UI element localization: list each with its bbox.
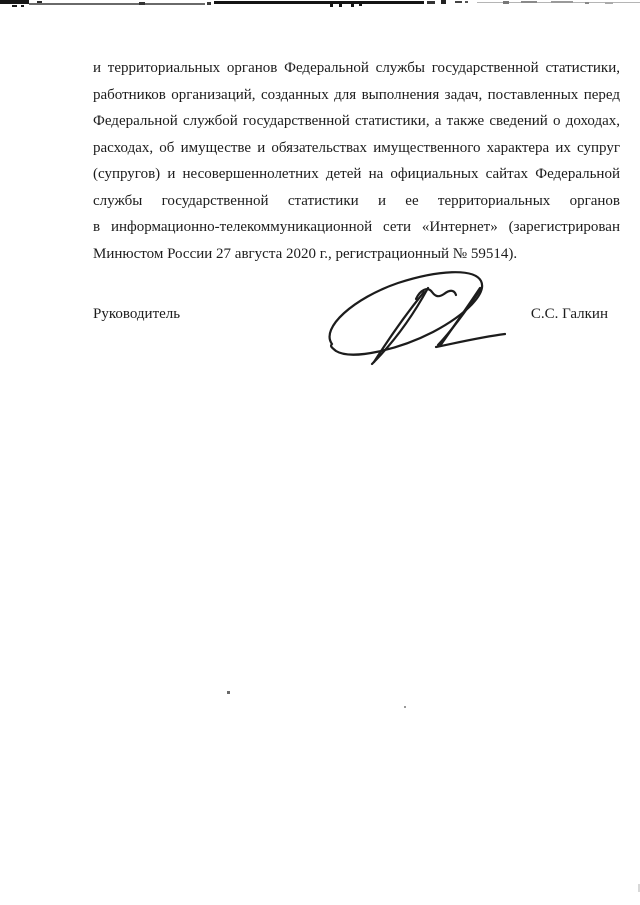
scan-noise-mark [551,1,573,3]
document-page: и территориальных органов Федеральной сл… [0,0,640,905]
scan-noise-mark [339,4,342,7]
body-paragraph: и территориальных органов Федеральной сл… [93,55,620,267]
scan-noise-mark [521,1,537,3]
scan-noise-mark [441,0,446,4]
scan-noise-mark [21,5,24,7]
scan-noise-mark [585,2,589,4]
scan-noise-line [214,1,424,4]
scan-noise-mark [207,2,211,5]
scan-noise-mark [503,1,509,4]
scan-noise-mark [2,0,6,2]
paragraph-line: Федеральной службой государственной стат… [93,108,620,135]
paragraph-line: в информационно-телекоммуникационной сет… [93,214,620,241]
scan-noise-strip [0,0,640,8]
scan-noise-mark [330,4,333,7]
paragraph-line: Минюстом России 27 августа 2020 г., реги… [93,241,620,268]
scan-speck [404,706,406,708]
scan-noise-mark [351,4,354,7]
paragraph-line: и территориальных органов Федеральной сл… [93,55,620,82]
paragraph-line: (супругов) и несовершеннолетних детей на… [93,161,620,188]
scan-noise-mark [605,2,613,4]
paragraph-line: расходах, об имуществе и обязательствах … [93,135,620,162]
scan-noise-mark [12,5,17,7]
role-label: Руководитель [93,303,180,325]
scan-noise-line [29,3,205,5]
scan-speck [227,691,230,694]
scan-noise-mark [359,4,362,6]
scan-noise-mark [427,1,435,4]
signatory-name: С.С. Галкин [531,303,608,325]
paragraph-line: службы государственной статистики и ее т… [93,188,620,215]
scan-noise-mark [139,2,145,5]
scan-noise-mark [455,1,462,3]
scan-noise-mark [465,1,468,3]
signature-scribble [316,266,506,368]
paragraph-line: работников организаций, созданных для вы… [93,82,620,109]
